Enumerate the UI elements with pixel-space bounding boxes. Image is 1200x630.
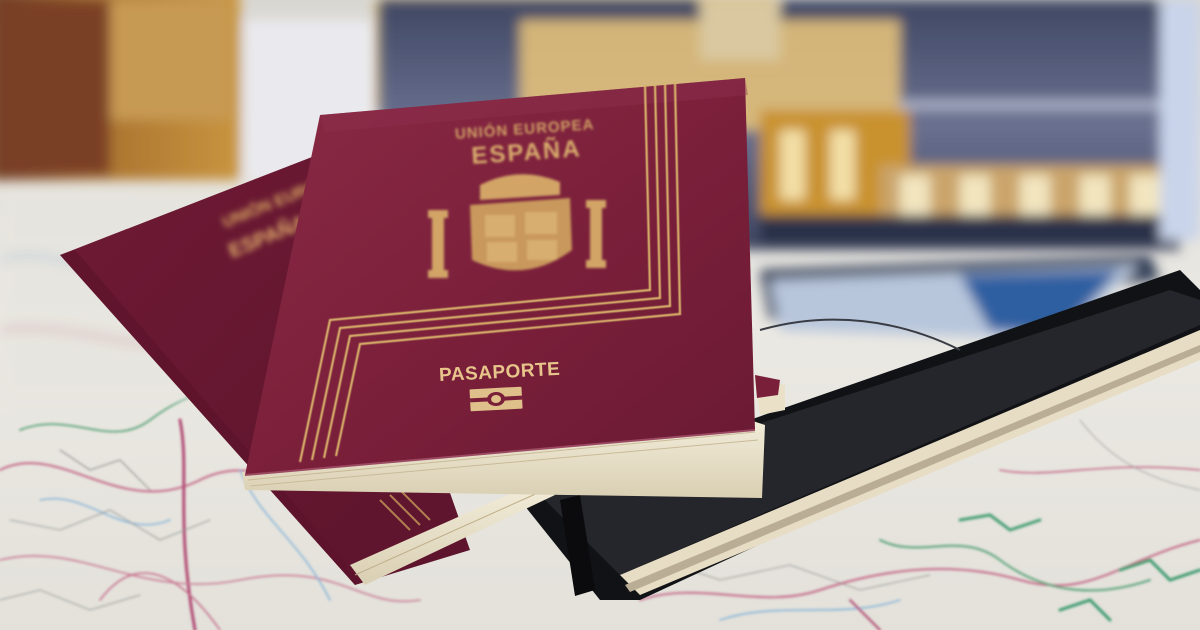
front-passport: UNIÓN EUROPEA ESPAÑA PASAPORTE <box>242 78 765 498</box>
biometric-chip-icon <box>470 387 523 412</box>
photo-illustration: UNIÓN EUROPEA ESPAÑA UNIÓN EUROPEA ESPAÑ… <box>0 0 1200 630</box>
photo-scene: UNIÓN EUROPEA ESPAÑA UNIÓN EUROPEA ESPAÑ… <box>0 0 1200 630</box>
